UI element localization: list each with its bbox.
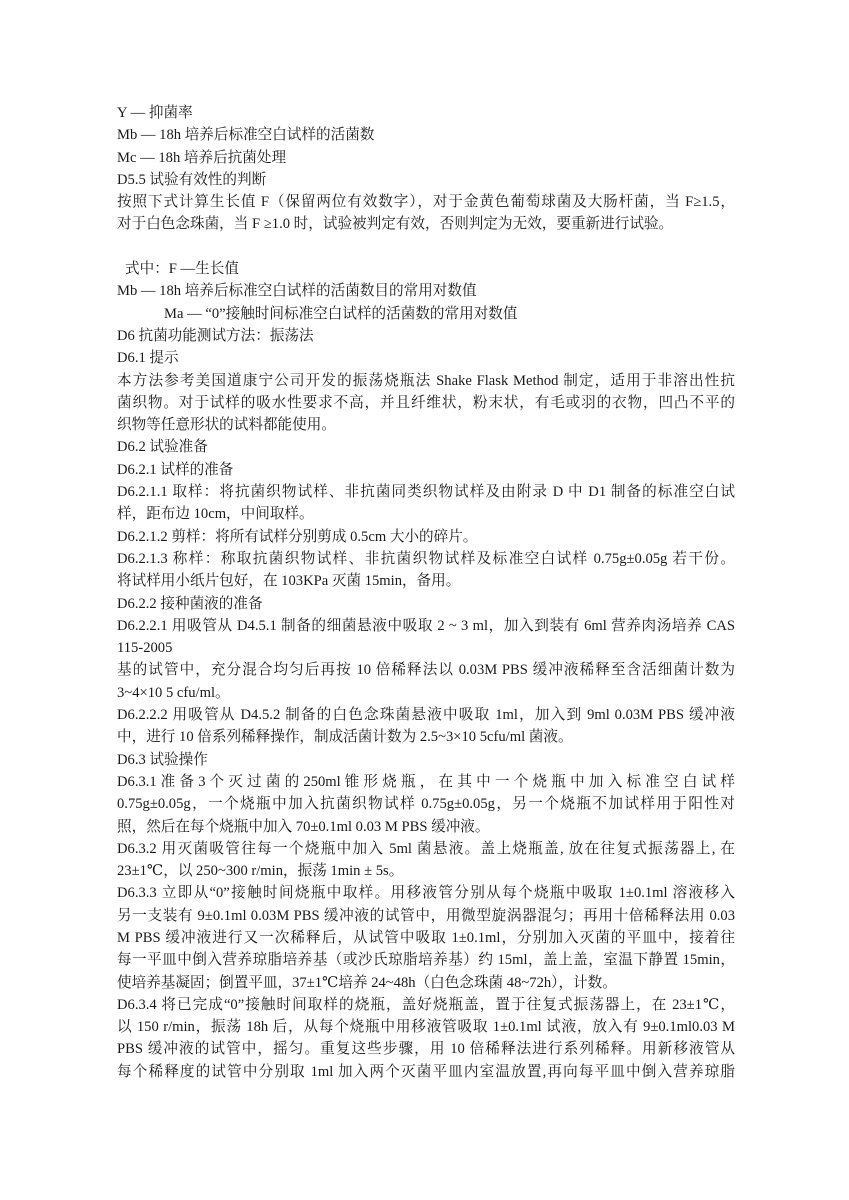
text-line: 0.75g±0.05g，一个烧瓶中加入抗菌织物试样 0.75g±0.05g，另一… xyxy=(117,793,735,815)
text-line: 中，进行 10 倍系列稀释操作，制成活菌计数为 2.5~3×10 5cfu/ml… xyxy=(117,726,735,748)
blank-line xyxy=(117,236,735,258)
text-line: 每个稀释度的试管中分别取 1ml 加入两个灭菌平皿内室温放置,再向每平皿中倒入营… xyxy=(117,1061,735,1083)
text-line: D6.2.1.2 剪样：将所有试样分别剪成 0.5cm 大小的碎片。 xyxy=(117,526,735,548)
text-line: D6.2.1.1 取样：将抗菌织物试样、非抗菌同类织物试样及由附录 D 中 D1… xyxy=(117,481,735,503)
text-line: D6.3.4 将已完成“0”接触时间取样的烧瓶，盖好烧瓶盖，置于往复式振荡器上，… xyxy=(117,994,735,1016)
text-line: D6.2.2.1 用吸管从 D4.5.1 制备的细菌悬液中吸取 2 ~ 3 ml… xyxy=(117,615,735,637)
text-line: D6.2.2.2 用吸管从 D4.5.2 制备的白色念珠菌悬液中吸取 1ml，加… xyxy=(117,704,735,726)
section-heading: D5.5 试验有效性的判断 xyxy=(117,169,735,191)
text-line: Mc — 18h 培养后抗菌处理 xyxy=(117,147,735,169)
text-line: D6.3.1 准 备 3 个 灭 过 菌 的 250ml 锥 形 烧 瓶 ， 在… xyxy=(117,771,735,793)
text-line: Mb — 18h 培养后标准空白试样的活菌数目的常用对数值 xyxy=(117,280,735,302)
text-line: 式中：F —生长值 xyxy=(117,258,735,280)
text-line: 将试样用小纸片包好，在 103KPa 灭菌 15min，备用。 xyxy=(117,570,735,592)
text-line: Y — 抑菌率 xyxy=(117,102,735,124)
text-line: D6.3.2 用灭菌吸管往每一个烧瓶中加入 5ml 菌悬液。盖上烧瓶盖, 放在往… xyxy=(117,838,735,860)
text-line: 115-2005 xyxy=(117,637,735,659)
document-page: Y — 抑菌率Mb — 18h 培养后标准空白试样的活菌数Mc — 18h 培养… xyxy=(117,102,735,1083)
text-line: 每一平皿中倒入营养琼脂培养基（或沙氏琼脂培养基）约 15ml，盖上盖，室温下静置… xyxy=(117,949,735,971)
text-line: 织物等任意形状的试料都能使用。 xyxy=(117,414,735,436)
text-line: 样，距布边 10cm，中间取样。 xyxy=(117,503,735,525)
text-line: D6.2.1.3 称样：称取抗菌织物试样、非抗菌织物试样及标准空白试样 0.75… xyxy=(117,548,735,570)
text-line: 菌织物。对于试样的吸水性要求不高，并且纤维状，粉末状，有毛或羽的衣物，凹凸不平的 xyxy=(117,392,735,414)
text-line: 使培养基凝固；倒置平皿，37±1℃培养 24~48h（白色念珠菌 48~72h）… xyxy=(117,972,735,994)
text-line: D6.3.3 立即从“0”接触时间烧瓶中取样。用移液管分别从每个烧瓶中吸取 1±… xyxy=(117,882,735,904)
text-line: 基的试管中，充分混合均匀后再按 10 倍稀释法以 0.03M PBS 缓冲液稀释… xyxy=(117,659,735,681)
section-heading: D6.3 试验操作 xyxy=(117,749,735,771)
section-heading: D6.2 试验准备 xyxy=(117,436,735,458)
text-line: 3~4×10 5 cfu/ml。 xyxy=(117,682,735,704)
section-heading: D6.2.2 接种菌液的准备 xyxy=(117,593,735,615)
text-line: 23±1℃，以 250~300 r/min，振荡 1min ± 5s。 xyxy=(117,860,735,882)
section-heading: D6.2.1 试样的准备 xyxy=(117,459,735,481)
text-line: 以 150 r/min，振荡 18h 后，从每个烧瓶中用移液管吸取 1±0.1m… xyxy=(117,1016,735,1038)
text-line: Ma — “0”接触时间标准空白试样的活菌数的常用对数值 xyxy=(117,303,735,325)
text-line: 对于白色念珠菌，当 F ≥1.0 时，试验被判定有效，否则判定为无效，要重新进行… xyxy=(117,213,735,235)
section-heading: D6 抗菌功能测试方法：振荡法 xyxy=(117,325,735,347)
text-line: M PBS 缓冲液进行又一次稀释后，从试管中吸取 1±0.1ml，分别加入灭菌的… xyxy=(117,927,735,949)
text-line: PBS 缓冲液的试管中，摇匀。重复这些步骤，用 10 倍稀释法进行系列稀释。用新… xyxy=(117,1038,735,1060)
text-line: 按照下式计算生长值 F（保留两位有效数字），对于金黄色葡萄球菌及大肠杆菌，当 F… xyxy=(117,191,735,213)
section-heading: D6.1 提示 xyxy=(117,347,735,369)
text-line: 另一支装有 9±0.1ml 0.03M PBS 缓冲液的试管中，用微型旋涡器混匀… xyxy=(117,905,735,927)
text-line: 本方法参考美国道康宁公司开发的振荡烧瓶法 Shake Flask Method … xyxy=(117,370,735,392)
text-line: 照，然后在每个烧瓶中加入 70±0.1ml 0.03 M PBS 缓冲液。 xyxy=(117,816,735,838)
text-line: Mb — 18h 培养后标准空白试样的活菌数 xyxy=(117,124,735,146)
